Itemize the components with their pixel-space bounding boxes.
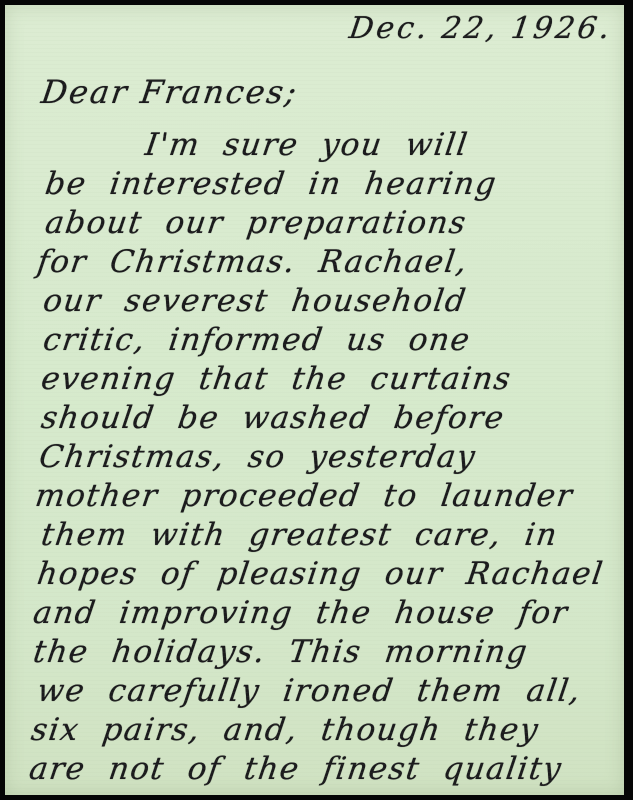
letter-line: the holidays. This morning [31, 634, 530, 670]
letter-line: mother proceeded to launder [33, 478, 576, 514]
letter-line: critic, informed us one [41, 322, 473, 358]
letter-line: for Christmas. Rachael, [35, 244, 470, 280]
letter-line: six pairs, and, though they [29, 712, 541, 748]
letter-line: Christmas, so yesterday [37, 439, 478, 475]
letter-line: our severest household [41, 283, 469, 319]
letter-line: I'm sure you will [143, 127, 471, 163]
letter-line: evening that the curtains [39, 361, 514, 397]
letter-line: about our preparations [43, 205, 469, 241]
letter-salutation: Dear Frances; [39, 73, 301, 111]
letter-line: hopes of pleasing our Rachael [35, 556, 606, 592]
letter-line: be interested in hearing [43, 166, 499, 202]
letter-page: Dec. 22, 1926. Dear Frances; I'm sure yo… [5, 5, 624, 795]
letter-line: should be washed before [39, 400, 507, 436]
letter-line: are not of the finest quality [27, 751, 565, 787]
letter-line: we carefully ironed them all, [35, 673, 584, 709]
letter-line: and improving the house for [31, 595, 571, 631]
letter-date: Dec. 22, 1926. [347, 11, 615, 46]
letter-line: them with greatest care, in [39, 517, 560, 553]
